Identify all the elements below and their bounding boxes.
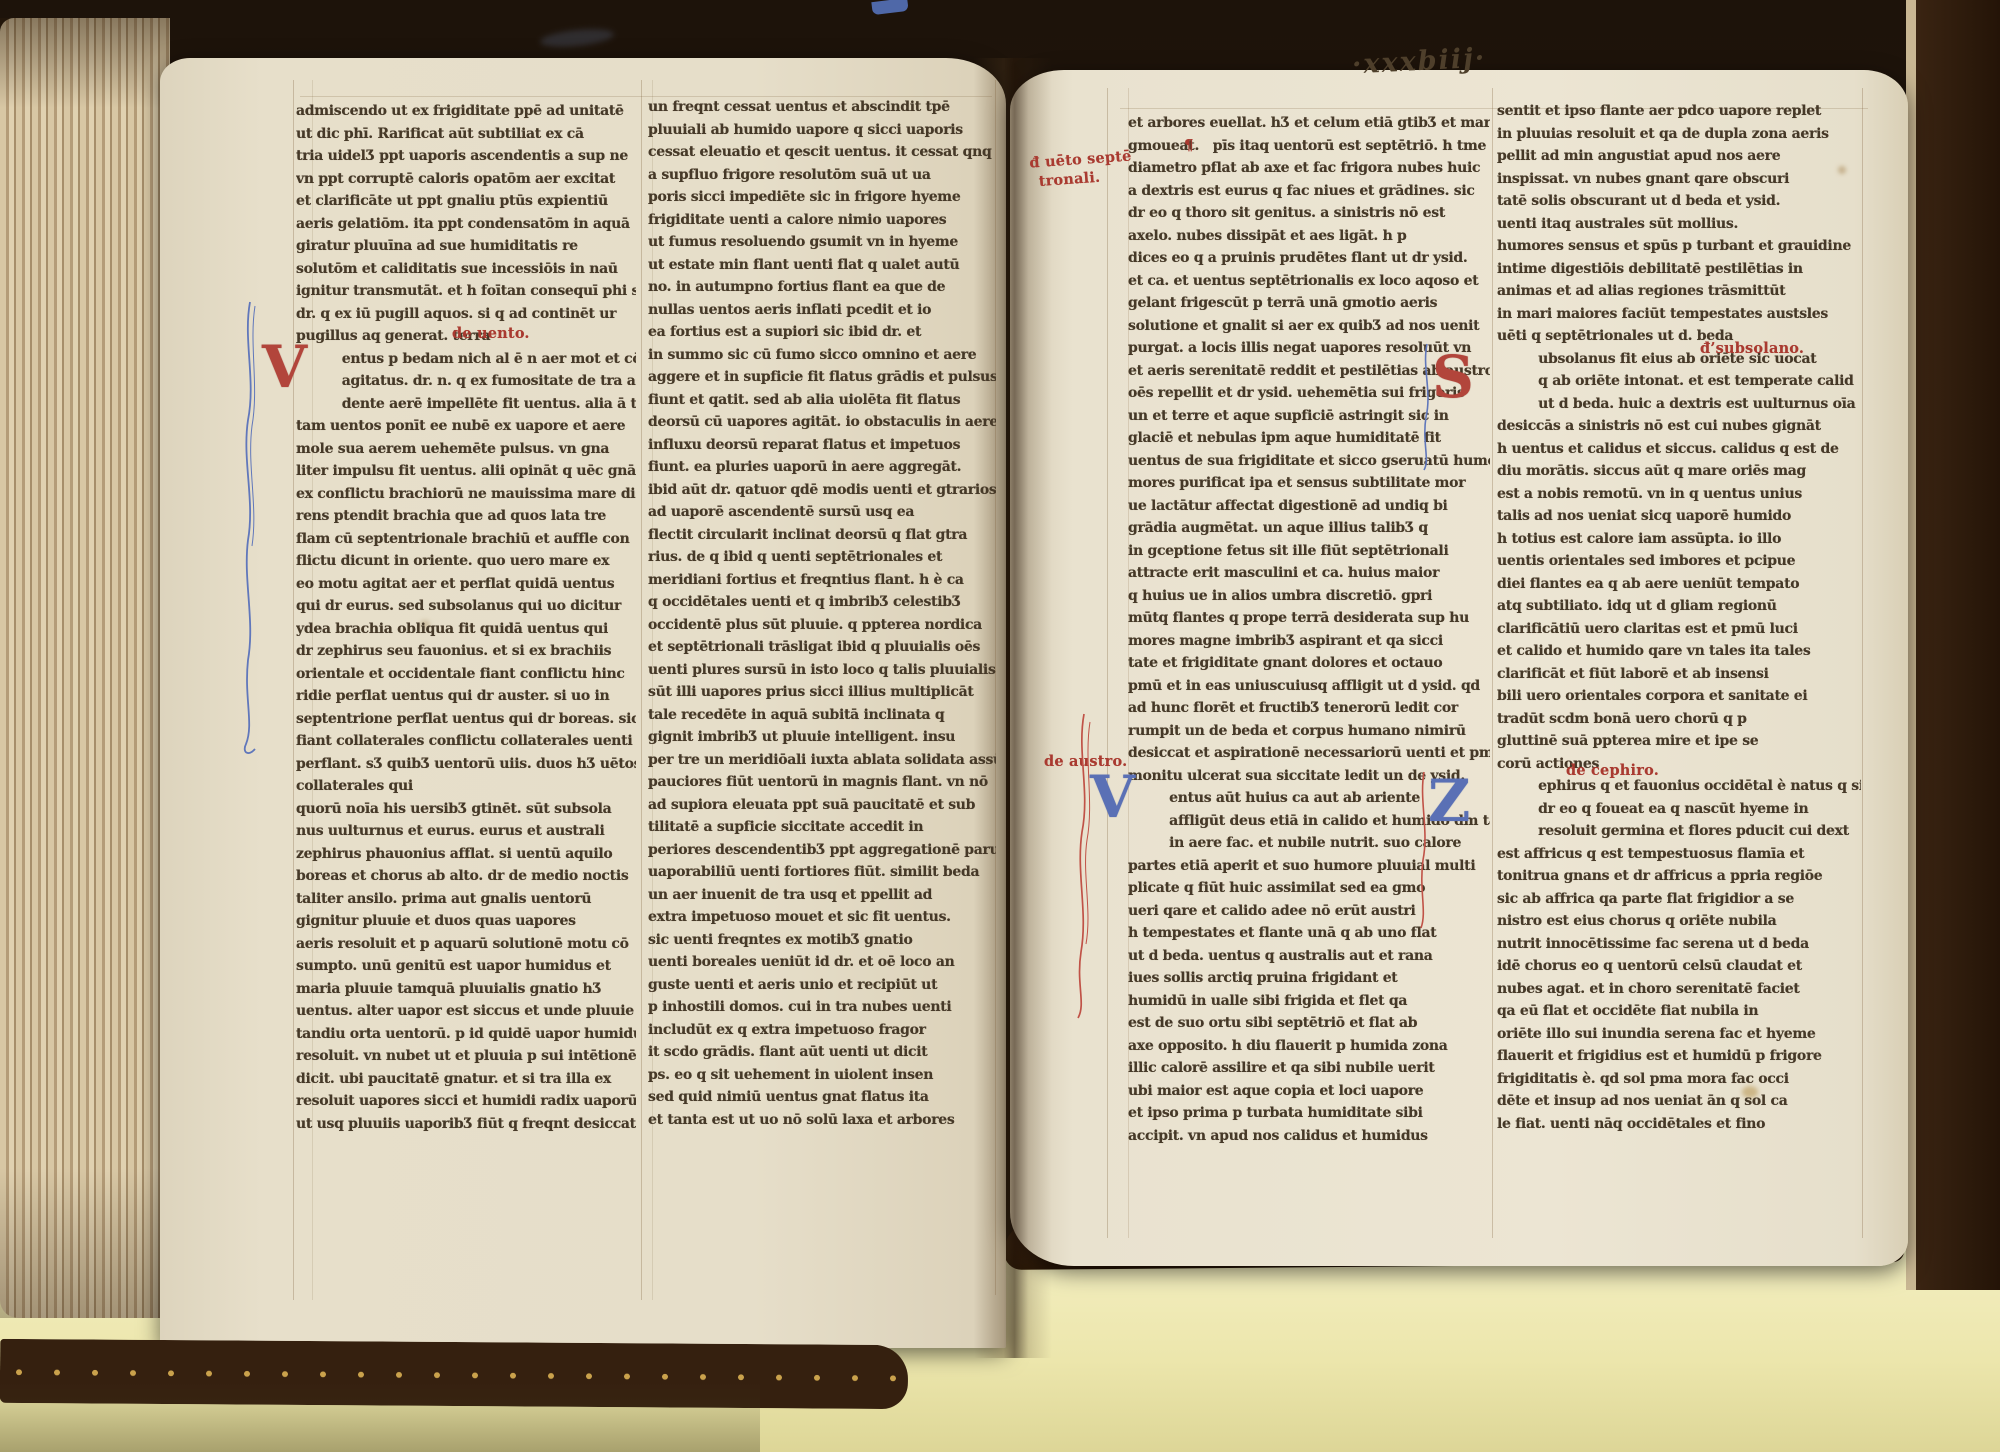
text-line: diu morātis. siccus aūt q mare oriēs mag	[1497, 460, 1861, 483]
text-line: ridie perflat uentus qui dr auster. si u…	[296, 685, 636, 708]
text-line: it scdo grādis. flant aūt uenti ut dicit	[648, 1041, 996, 1064]
text-line: pluuiali ab humido uapore q sicci uapori…	[648, 119, 996, 142]
text-line: resoluit uapores sicci et humidi radix u…	[296, 1090, 636, 1113]
text-line: periores descendentibƷ ppt aggregationē …	[648, 839, 996, 862]
text-line: gelant frigescūt p terrā unā gmotio aeri…	[1128, 292, 1490, 315]
text-line: un freqnt cessat uentus et abscindit tpē	[648, 96, 996, 119]
text-line: liter impulsu fit uentus. alii opināt q …	[296, 460, 636, 483]
red-filigree-flourish	[1068, 712, 1096, 1022]
text-line: est affricus q est tempestuosus flamīa e…	[1497, 843, 1861, 866]
text-line: animas et ad alias regiones trāsmittūt	[1497, 280, 1861, 303]
text-line: idē chorus eo q uentorū celsū claudat et	[1497, 955, 1861, 978]
text-line: ut usq pluuiis uaporibƷ fiūt q freqnt de…	[296, 1113, 636, 1136]
text-line: talis ad nos ueniat sicq uaporē humido	[1497, 505, 1861, 528]
text-line: orientale et occidentale fiant conflictu…	[296, 663, 636, 686]
text-line: zephirus phauonius afflat. si uentū aqui…	[296, 843, 636, 866]
red-filigree-flourish	[1414, 770, 1434, 930]
text-line: est de suo ortu sibi septētriō et flat a…	[1128, 1012, 1490, 1035]
text-line: dices eo q a pruinis prudētes flant ut d…	[1128, 247, 1490, 270]
text-line: humidū in ualle sibi frigida et flet qa	[1128, 990, 1490, 1013]
text-line: aeris resoluit et p aquarū solutionē mot…	[296, 933, 636, 956]
text-line: ubi maior est aque copia et loci uapore	[1128, 1080, 1490, 1103]
text-line: tale recedēte in aquā subitā inclinata q	[648, 704, 996, 727]
text-line: taliter ansilo. prima aut gnalis uentorū	[296, 888, 636, 911]
text-line: h tempestates et flante unā q ab uno fla…	[1128, 922, 1490, 945]
text-line: nistro est eius chorus q oriēte nubila	[1497, 910, 1861, 933]
text-line: entus p bedam nich al ē n aer mot et cōi…	[296, 348, 636, 371]
text-line: fiunt et qatit. sed ab alia uiolēta fit …	[648, 389, 996, 412]
text-line: sentit et ipso flante aer pdco uapore re…	[1497, 100, 1861, 123]
text-line: in gceptione fetus sit ille fiūt septētr…	[1128, 540, 1490, 563]
text-line: tria uidelƷ ppt uaporis ascendentis a su…	[296, 145, 636, 168]
text-line: ueri qare et calido adee nō erūt austri	[1128, 900, 1490, 923]
text-line: ydea brachia obliqua fit quidā uentus qu…	[296, 618, 636, 641]
text-line: eo motu agitat aer et perflat quidā uent…	[296, 573, 636, 596]
text-line: solutione et gnalit si aer ex quibƷ ad n…	[1128, 315, 1490, 338]
blue-filigree-flourish	[1418, 342, 1436, 472]
text-line: sic ab affrica qa parte flat frigidior a…	[1497, 888, 1861, 911]
text-line: attracte erit masculini et ca. huius mai…	[1128, 562, 1490, 585]
text-line: solutōm et caliditatis sue incessiōis in…	[296, 258, 636, 281]
faint-smudge	[539, 26, 614, 50]
text-line: et arbores euellat. hƷ et celum etiā gti…	[1128, 112, 1490, 135]
text-line: mole sua aerem uehemēte pulsus. vn gna	[296, 438, 636, 461]
rubric-de-vento: de uento.	[452, 325, 530, 342]
text-line: intime digestiōis debilitatē pestilētias…	[1497, 258, 1861, 281]
ruling-line	[1862, 88, 1863, 1238]
text-line: un aer inuenit de tra usq et ppellit ad	[648, 884, 996, 907]
text-line: agitatus. dr. n. q ex fumositate de tra …	[296, 370, 636, 393]
text-line: clarificātiū uero claritas est et pmū lu…	[1497, 618, 1861, 641]
text-line: desiccās a sinistris nō est cui nubes gi…	[1497, 415, 1861, 438]
text-line: dicit. ubi paucitatē gnatur. et si tra i…	[296, 1068, 636, 1091]
text-line: sic uenti freqntes ex motibƷ gnatio	[648, 929, 996, 952]
text-line: et ca. et uentus septētrionalis ex loco …	[1128, 270, 1490, 293]
text-line: tate et frigiditate gnant dolores et oct…	[1128, 652, 1490, 675]
rubric-de-subsolano: đ’subsolano.	[1700, 340, 1804, 357]
text-line: nubes agat. et in choro serenitatē facie…	[1497, 978, 1861, 1001]
text-line: et ipso prima p turbata humiditate sibi	[1128, 1102, 1490, 1125]
rubric-de-zephiro: de cephiro.	[1566, 762, 1659, 779]
text-line: in aere fac. et nubile nutrit. suo calor…	[1128, 832, 1490, 855]
text-line: q occidētales uenti et q imbribƷ celesti…	[648, 591, 996, 614]
text-line: q huius ue in alios umbra discretiō. gpr…	[1128, 585, 1490, 608]
text-line: gmoueat. pīs itaq uentorū est septētriō.…	[1128, 135, 1490, 158]
text-line: ad uaporē ascendentē sursū usq ea	[648, 501, 996, 524]
text-line: diametro pflat ab axe et fac frigora nub…	[1128, 157, 1490, 180]
text-line: guste uenti et aeris unio et recipiūt ut	[648, 974, 996, 997]
manuscript-photo: ·xxxbiij· admiscendo ut ex frigiditate p…	[0, 0, 2000, 1452]
text-line: accipit. vn apud nos calidus et humidus	[1128, 1125, 1490, 1148]
text-line: iues sollis arctiq pruina frigidant et	[1128, 967, 1490, 990]
text-line: tam uentos ponīt ee nubē ex uapore et ae…	[296, 415, 636, 438]
text-line: ubsolanus fit eius ab oriēte sic uocat	[1497, 348, 1861, 371]
text-line: flauerit et frigidius est et humidū p fr…	[1497, 1045, 1861, 1068]
text-line: fiunt. ea pluries uaporū in aere aggregā…	[648, 456, 996, 479]
rubric-de-vento-septentrionali: đ uēto septē tronali.	[1029, 146, 1134, 191]
text-line: h totius est calore iam assūpta. io illo	[1497, 528, 1861, 551]
text-line: mores magne imbribƷ aspirant et qa sicci	[1128, 630, 1490, 653]
text-line: maria pluuie tamquā pluuialis gnatio hƷ	[296, 978, 636, 1001]
text-line: aeris gelatiōm. ita ppt condensatōm in a…	[296, 213, 636, 236]
text-line: et clarificāte ut ppt gnaliu ptūs expien…	[296, 190, 636, 213]
text-line: est a nobis remotū. vn in q uentus unius	[1497, 483, 1861, 506]
text-line: tatē solis obscurant ut d beda et ysid.	[1497, 190, 1861, 213]
text-line: perflant. sƷ quibƷ uentorū uiis. duos hƷ…	[296, 753, 636, 776]
text-line: inspissat. vn nubes gnant qare obscuri	[1497, 168, 1861, 191]
text-line: uēti q septētrionales ut d. beda	[1497, 325, 1861, 348]
text-line: mores purificat ipa et sensus subtilitat…	[1128, 472, 1490, 495]
text-line: uenti itaq australes sūt mollius.	[1497, 213, 1861, 236]
text-line: uentis orientales sed imbores et pcipue	[1497, 550, 1861, 573]
text-column-2: un freqnt cessat uentus et abscindit tpē…	[648, 96, 996, 1131]
text-line: uaporabiliū uenti fortiores fiūt. simili…	[648, 861, 996, 884]
text-line: ex conflictu brachiorū ne mauissima mare…	[296, 483, 636, 506]
fore-edge-shade	[0, 18, 170, 1318]
text-line: le fiat. uenti nāq occidētales et fino	[1497, 1113, 1861, 1136]
text-line: uentus. alter uapor est siccus et unde p…	[296, 1000, 636, 1023]
text-line: admiscendo ut ex frigiditate ppē ad unit…	[296, 100, 636, 123]
text-line: desiccat et aspirationē necessariorū uen…	[1128, 742, 1490, 765]
text-line: cessat eleuatio et qescit uentus. it ces…	[648, 141, 996, 164]
text-line: sed quid nimiū uentus gnat flatus ita	[648, 1086, 996, 1109]
text-line: flictu dicunt in oriente. quo uero mare …	[296, 550, 636, 573]
text-line: aggere et in supficie fit flatus grādis …	[648, 366, 996, 389]
text-line: ut fumus resoluendo gsumit vn in hyeme	[648, 231, 996, 254]
text-line: poris sicci impediēte sic in frigore hye…	[648, 186, 996, 209]
text-line: nullas uentos aeris inflati pcedit et io	[648, 299, 996, 322]
text-line: pmū et in eas uniuscuiusq affligit ut d …	[1128, 675, 1490, 698]
text-line: humores sensus et spūs p turbant et grau…	[1497, 235, 1861, 258]
text-line: septentrione perflat uentus qui dr borea…	[296, 708, 636, 731]
scan-bed-shadow	[0, 1380, 760, 1452]
text-line: ibid aūt dr. qatuor qdē modis uenti et g…	[648, 479, 996, 502]
text-line: per tre un meridiōali iuxta ablata solid…	[648, 749, 996, 772]
text-line: p inhostili domos. cui in tra nubes uent…	[648, 996, 996, 1019]
text-line: sūt illi uapores prius sicci illius mult…	[648, 681, 996, 704]
text-line: deorsū cū uapores agitāt. io obstaculis …	[648, 411, 996, 434]
text-line: pauciores fiūt uentorū in magnis flant. …	[648, 771, 996, 794]
endband	[871, 0, 908, 15]
text-line: a supfluo frigore resolutōm suā ut ua	[648, 164, 996, 187]
text-line: influxu deorsū reparat flatus et impetuo…	[648, 434, 996, 457]
text-line: dēte et insup ad nos ueniat ān q sol ca	[1497, 1090, 1861, 1113]
text-line: pellit ad min angustiat apud nos aere	[1497, 145, 1861, 168]
text-line: a dextris est eurus q fac niues et grādi…	[1128, 180, 1490, 203]
text-line: ps. eo q sit uehement in uiolent insen	[648, 1064, 996, 1087]
text-column-3: et arbores euellat. hƷ et celum etiā gti…	[1128, 112, 1490, 1147]
text-line: dr eo q thoro sit genitus. a sinistris n…	[1128, 202, 1490, 225]
text-line: clarificāt et fiūt laborē et ab insensi	[1497, 663, 1861, 686]
text-line: ue lactātur affectat digestionē ad undiq…	[1128, 495, 1490, 518]
text-line: corū actiones	[1497, 753, 1861, 776]
text-line: oriēte illo sui inundia serena fac et hy…	[1497, 1023, 1861, 1046]
text-line: bili uero orientales corpora et sanitate…	[1497, 685, 1861, 708]
text-line: ut estate min flant uenti flat q ualet a…	[648, 254, 996, 277]
text-line: dr eo q foueat ea q nascūt hyeme in	[1497, 798, 1861, 821]
text-line: giratur pluuīna ad sue humiditatis re	[296, 235, 636, 258]
text-line: extra impetuoso mouet et sic fit uentus.	[648, 906, 996, 929]
text-line: nus uulturnus et eurus. eurus et austral…	[296, 820, 636, 843]
text-line: resoluit. vn nubet ut et pluuia p sui in…	[296, 1045, 636, 1068]
initial-V-ventus: V	[262, 338, 307, 396]
ruling-line	[293, 80, 294, 1300]
ruling-line	[641, 80, 642, 1300]
text-line: frigiditate uenti a calore nimio uapores	[648, 209, 996, 232]
text-line: uenti boreales ueniūt id dr. et oē loco …	[648, 951, 996, 974]
text-line: flam cū septentrionale brachiū et auffle…	[296, 528, 636, 551]
text-line: in pluuias resoluit et qa de dupla zona …	[1497, 123, 1861, 146]
text-line: ignitur transmutāt. et h foītan consequī…	[296, 280, 636, 303]
text-line: in mari maiores faciūt tempestates austs…	[1497, 303, 1861, 326]
initial-S-subsolanus: S	[1432, 348, 1474, 406]
text-line: diei flantes ea q ab aere ueniūt tempato	[1497, 573, 1861, 596]
initial-Z-zephirus: Z	[1428, 772, 1470, 830]
text-line: ut d beda. huic a dextris est uulturnus …	[1497, 393, 1861, 416]
text-line: in summo sic cū fumo sicco omnino et aer…	[648, 344, 996, 367]
text-column-4: sentit et ipso flante aer pdco uapore re…	[1497, 100, 1861, 1135]
text-line: vn ppt corruptē caloris opatōm aer excit…	[296, 168, 636, 191]
text-line: meridiani fortius et freqntius flant. h …	[648, 569, 996, 592]
text-line: tonitrua gnans et dr affricus a ppria re…	[1497, 865, 1861, 888]
ruling-line	[1107, 88, 1108, 1238]
text-line: fiant collaterales conflictu collaterale…	[296, 730, 636, 753]
blue-filigree-flourish	[238, 300, 262, 760]
text-line: dr zephirus seu fauonius. et si ex brach…	[296, 640, 636, 663]
text-line: rius. de q ibid q uenti septētrionales e…	[648, 546, 996, 569]
text-line: tandiu orta uentorū. p id quidē uapor hu…	[296, 1023, 636, 1046]
binding-board-right	[1906, 0, 2000, 1290]
text-line: axe opposito. h diu flauerit p humida zo…	[1128, 1035, 1490, 1058]
text-line: rumpit un de beda et corpus humano nimir…	[1128, 720, 1490, 743]
text-line: axelo. nubes dissipāt et aes ligāt. h p	[1128, 225, 1490, 248]
text-line: ad supiora eleuata ppt suā paucitatē et …	[648, 794, 996, 817]
text-line: flectit circularit inclinat deorsū q fla…	[648, 524, 996, 547]
text-line: ea fortius est a supiori sic ibid dr. et	[648, 321, 996, 344]
text-line: rens ptendit brachia que ad quos lata tr…	[296, 505, 636, 528]
text-line: tilitatē a supficie siccitate accedit in	[648, 816, 996, 839]
text-line: uenti plures sursū in isto loco q talis …	[648, 659, 996, 682]
text-line: ad hunc florēt et fructibƷ tenerorū ledi…	[1128, 697, 1490, 720]
text-line: tradūt scdm bonā uero chorū q p	[1497, 708, 1861, 731]
pilcrow-mark: ¶	[1184, 136, 1194, 154]
text-line: resoluit germina et flores pducit cui de…	[1497, 820, 1861, 843]
text-line: et calido et humido qare vn tales ita ta…	[1497, 640, 1861, 663]
text-line: gignitur pluuie et duos quas uapores	[296, 910, 636, 933]
text-line: quorū noīa his uersibƷ gtinēt. sūt subso…	[296, 798, 636, 821]
text-line: grādia augmētat. un aque illius talibƷ q	[1128, 517, 1490, 540]
text-line: h uentus et calidus et siccus. calidus q…	[1497, 438, 1861, 461]
text-line: frigiditatis è. qd sol pma mora fac occi	[1497, 1068, 1861, 1091]
text-line: gluttinē suā ppterea mire et ipe se	[1497, 730, 1861, 753]
text-line: qa eū flat et occidēte fiat nubila in	[1497, 1000, 1861, 1023]
text-line: ut dic phī. Rarificat aūt subtiliat ex c…	[296, 123, 636, 146]
text-line: collaterales qui	[296, 775, 636, 798]
initial-V-auster: V	[1090, 768, 1135, 826]
text-line: qui dr eurus. sed subsolanus qui uo dici…	[296, 595, 636, 618]
text-line: boreas et chorus ab alto. dr de medio no…	[296, 865, 636, 888]
text-line: occidentē plus sūt pluuie. q ppterea nor…	[648, 614, 996, 637]
text-line: q ab oriēte intonat. et est temperate ca…	[1497, 370, 1861, 393]
text-line: partes etiā aperit et suo humore pluuial…	[1128, 855, 1490, 878]
text-line: no. in autumpno fortius flant ea que de	[648, 276, 996, 299]
text-line: mūtq flantes q prope terrā desiderata su…	[1128, 607, 1490, 630]
text-line: et septētrionali trāsligat ibid q pluuia…	[648, 636, 996, 659]
text-line: illic calorē assilire et qa sibi nubile …	[1128, 1057, 1490, 1080]
text-line: ephirus q et fauonius occidētal è natus …	[1497, 775, 1861, 798]
text-line: ut d beda. uentus q australis aut et ran…	[1128, 945, 1490, 968]
text-line: nutrit innocētissime fac serena ut d bed…	[1497, 933, 1861, 956]
text-line: atq subtiliato. idq ut d gliam regionū	[1497, 595, 1861, 618]
text-column-1: admiscendo ut ex frigiditate ppē ad unit…	[296, 100, 636, 1135]
text-line: sumpto. unū genitū est uapor humidus et	[296, 955, 636, 978]
text-line: dr. q ex iū pugill aquos. si q ad contin…	[296, 303, 636, 326]
text-line: dente aerē impellēte fit uentus. alia ā …	[296, 393, 636, 416]
text-line: includūt ex q extra impetuoso fragor	[648, 1019, 996, 1042]
ruling-line	[1492, 88, 1493, 1238]
text-line: gignit imbribƷ ut pluuie intelligent. in…	[648, 726, 996, 749]
text-line: et tanta est ut uo nō solū laxa et arbor…	[648, 1109, 996, 1132]
text-line: plicate q fiūt huic assimilat sed ea gmo	[1128, 877, 1490, 900]
